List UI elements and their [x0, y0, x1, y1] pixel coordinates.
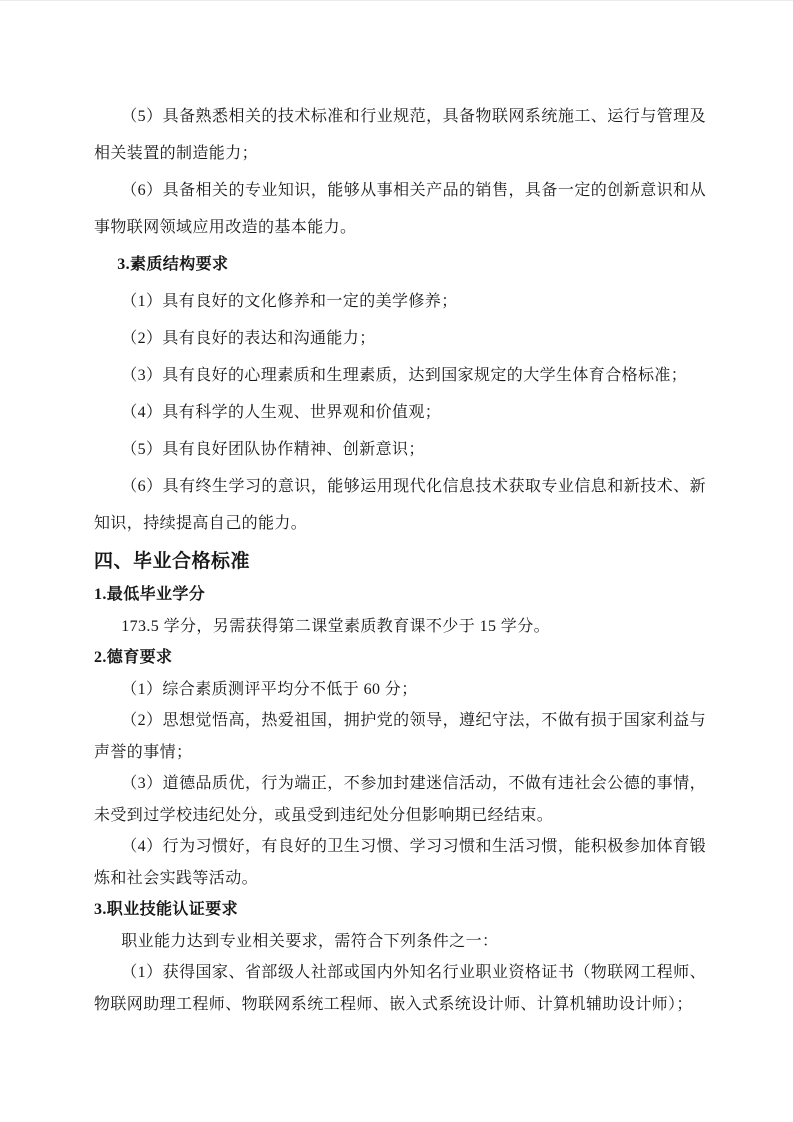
- paragraph-vocational-intro: 职业能力达到专业相关要求，需符合下列条件之一：: [94, 926, 706, 958]
- subheading-quality-structure: 3.素质结构要求: [94, 246, 706, 283]
- paragraph-quality-3: （3）具有良好的心理素质和生理素质，达到国家规定的大学生体育合格标准；: [94, 357, 706, 394]
- subheading-vocational-certification: 3.职业技能认证要求: [94, 894, 706, 926]
- document-page: （5）具备熟悉相关的技术标准和行业规范，具备物联网系统施工、运行与管理及相关装置…: [0, 0, 793, 1122]
- document-content: （5）具备熟悉相关的技术标准和行业规范，具备物联网系统施工、运行与管理及相关装置…: [94, 98, 706, 1020]
- subheading-min-credits: 1.最低毕业学分: [94, 579, 706, 611]
- paragraph-quality-2: （2）具有良好的表达和沟通能力；: [94, 320, 706, 357]
- paragraph-moral-3: （3）道德品质优，行为端正，不参加封建迷信活动，不做有违社会公德的事情，未受到过…: [94, 768, 706, 831]
- paragraph-ability-6: （6）具备相关的专业知识，能够从事相关产品的销售，具备一定的创新意识和从事物联网…: [94, 172, 706, 246]
- paragraph-moral-4: （4）行为习惯好，有良好的卫生习惯、学习习惯和生活习惯，能积极参加体育锻炼和社会…: [94, 831, 706, 894]
- paragraph-credits: 173.5 学分，另需获得第二课堂素质教育课不少于 15 学分。: [94, 611, 706, 643]
- paragraph-quality-4: （4）具有科学的人生观、世界观和价值观；: [94, 394, 706, 431]
- paragraph-moral-2: （2）思想觉悟高，热爱祖国，拥护党的领导，遵纪守法，不做有损于国家利益与声誉的事…: [94, 705, 706, 768]
- paragraph-quality-1: （1）具有良好的文化修养和一定的美学修养；: [94, 283, 706, 320]
- paragraph-quality-5: （5）具有良好团队协作精神、创新意识；: [94, 431, 706, 468]
- paragraph-vocational-1: （1）获得国家、省部级人社部或国内外知名行业职业资格证书（物联网工程师、物联网助…: [94, 957, 706, 1020]
- paragraph-ability-5: （5）具备熟悉相关的技术标准和行业规范，具备物联网系统施工、运行与管理及相关装置…: [94, 98, 706, 172]
- paragraph-moral-1: （1）综合素质测评平均分不低于 60 分；: [94, 674, 706, 706]
- section-heading-graduation-standards: 四、毕业合格标准: [94, 545, 706, 579]
- subheading-moral-requirements: 2.德育要求: [94, 642, 706, 674]
- paragraph-quality-6: （6）具有终生学习的意识，能够运用现代化信息技术获取专业信息和新技术、新知识，持…: [94, 468, 706, 542]
